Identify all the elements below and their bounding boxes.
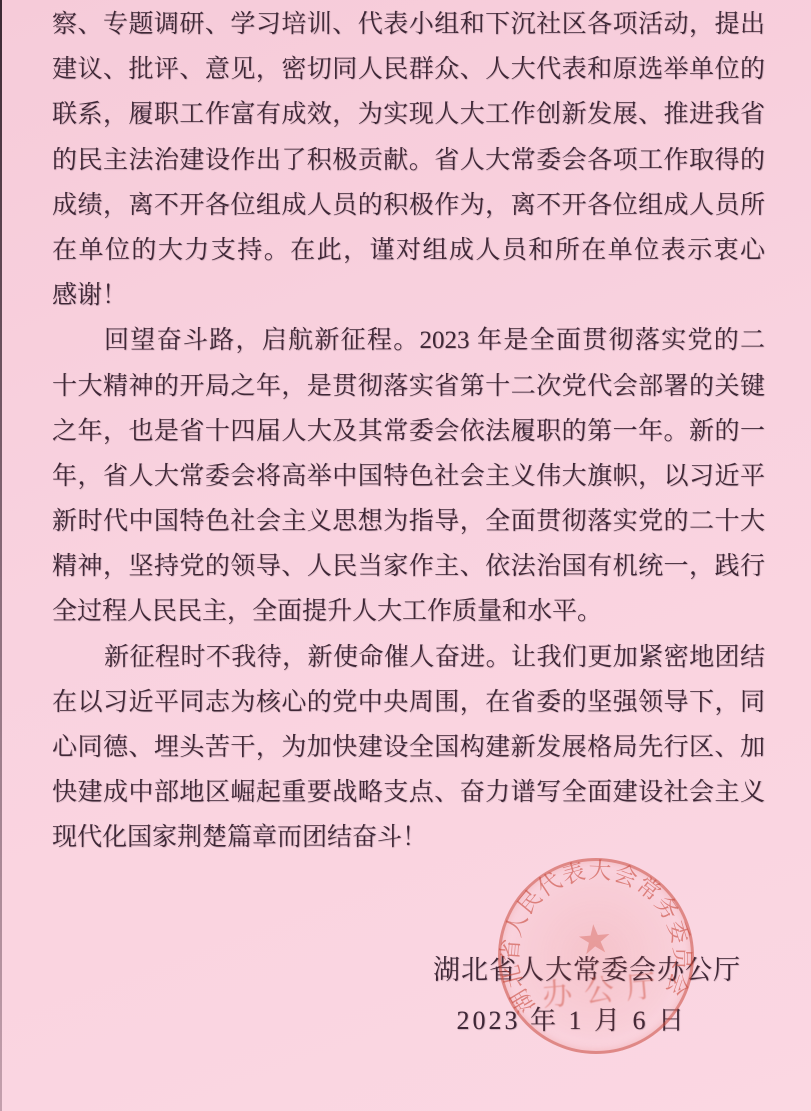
text-line: 感谢！ <box>52 273 765 318</box>
text-line: 快建成中部地区崛起重要战略支点、奋力谱写全面建设社会主义 <box>52 770 765 815</box>
page-left-edge-shadow <box>0 0 2 1111</box>
scanned-document-page: 察、专题调研、学习培训、代表小组和下沉社区各项活动，提出 建议、批评、意见，密切… <box>0 0 811 1111</box>
seal-ring-text-content: 湖北省人民代表大会常务委员会 <box>490 850 699 1019</box>
text-line: 回望奋斗路，启航新征程。2023 年是全面贯彻落实党的二 <box>52 318 765 363</box>
text-line: 建议、批评、意见，密切同人民群众、人大代表和原选举单位的 <box>52 47 765 92</box>
text-line: 年，省人大常委会将高举中国特色社会主义伟大旗帜，以习近平 <box>52 454 765 499</box>
text-line: 在单位的大力支持。在此，谨对组成人员和所在单位表示衷心 <box>52 228 765 273</box>
text-line: 心同德、埋头苦干，为加快建设全国构建新发展格局先行区、加 <box>52 725 765 770</box>
svg-text:湖北省人民代表大会常务委员会: 湖北省人民代表大会常务委员会 <box>490 850 699 1019</box>
text-line: 之年，也是省十四届人大及其常委会依法履职的第一年。新的一 <box>52 409 765 454</box>
document-date: 2023 年 1 月 6 日 <box>456 1000 687 1037</box>
text-line: 的民主法治建设作出了积极贡献。省人大常委会各项工作取得的 <box>52 138 765 183</box>
document-body: 察、专题调研、学习培训、代表小组和下沉社区各项活动，提出 建议、批评、意见，密切… <box>52 2 765 861</box>
text-line: 联系，履职工作富有成效，为实现人大工作创新发展、推进我省 <box>52 92 765 137</box>
text-line: 在以习近平同志为核心的党中央周围，在省委的坚强领导下，同 <box>52 680 765 725</box>
text-line: 成绩，离不开各位组成人员的积极作为，离不开各位组成人员所 <box>52 183 765 228</box>
text-line: 精神，坚持党的领导、人民当家作主、依法治国有机统一，践行 <box>52 544 765 589</box>
text-line: 察、专题调研、学习培训、代表小组和下沉社区各项活动，提出 <box>52 2 765 47</box>
text-line: 十大精神的开局之年，是贯彻落实省第十二次党代会部署的关键 <box>52 364 765 409</box>
text-line: 现代化国家荆楚篇章而团结奋斗！ <box>52 815 765 860</box>
text-line: 全过程人民民主，全面提升人大工作质量和水平。 <box>52 589 765 634</box>
text-line: 新时代中国特色社会主义思想为指导，全面贯彻落实党的二十大 <box>52 499 765 544</box>
issuing-office-signature: 湖北省人大常委会办公厅 <box>433 948 741 987</box>
text-line: 新征程时不我待，新使命催人奋进。让我们更加紧密地团结 <box>52 635 765 680</box>
